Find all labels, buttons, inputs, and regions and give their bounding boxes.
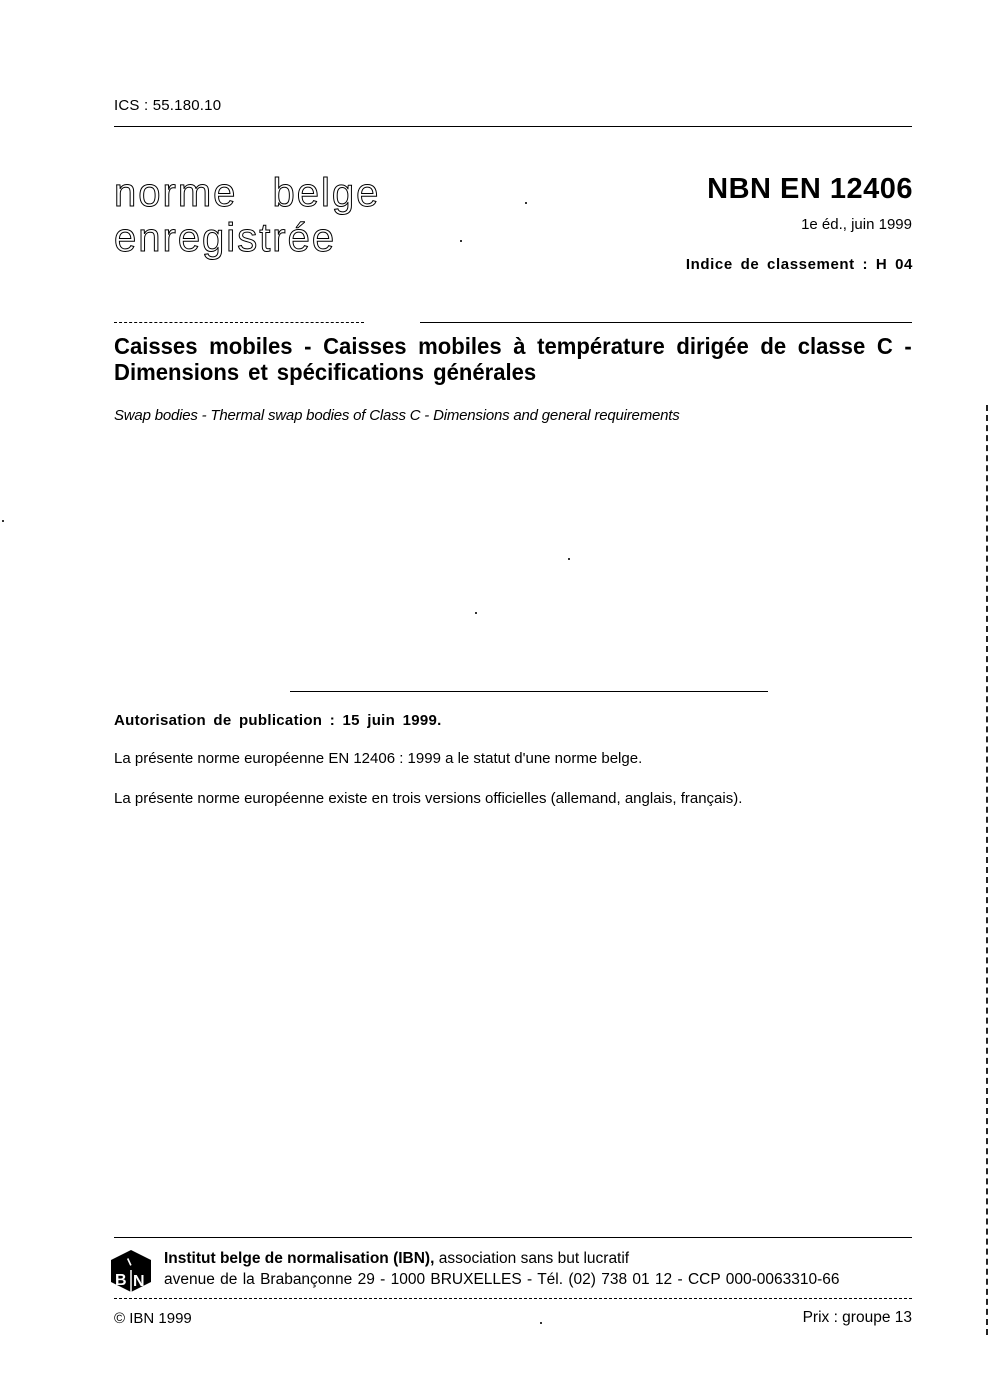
scan-speck bbox=[525, 202, 527, 204]
scan-speck bbox=[475, 612, 477, 614]
institute-name: Institut belge de normalisation (IBN), bbox=[164, 1250, 434, 1267]
institute-address: avenue de la Brabançonne 29 - 1000 BRUXE… bbox=[164, 1271, 839, 1289]
document-title-en: Swap bodies - Thermal swap bodies of Cla… bbox=[114, 407, 680, 424]
price-group: Prix : groupe 13 bbox=[803, 1309, 912, 1327]
edition-date: 1e éd., juin 1999 bbox=[801, 216, 912, 233]
header-divider bbox=[114, 126, 912, 127]
svg-text:N: N bbox=[133, 1273, 145, 1290]
scan-speck bbox=[568, 558, 570, 560]
ibn-logo-icon: B I N bbox=[108, 1248, 154, 1294]
standard-number: NBN EN 12406 bbox=[707, 173, 913, 206]
body-divider bbox=[290, 691, 768, 692]
ics-code: ICS : 55.180.10 bbox=[114, 97, 221, 114]
publication-authorization: Autorisation de publication : 15 juin 19… bbox=[114, 712, 442, 729]
scan-speck bbox=[2, 520, 4, 522]
brand-title-line1: norme belge bbox=[114, 172, 380, 214]
scan-speck bbox=[460, 240, 462, 242]
title-divider-left bbox=[114, 322, 364, 323]
copyright: © IBN 1999 bbox=[114, 1310, 192, 1327]
versions-paragraph: La présente norme européenne existe en t… bbox=[114, 790, 742, 807]
classification-index: Indice de classement : H 04 bbox=[686, 256, 913, 273]
scan-speck bbox=[540, 1322, 542, 1324]
institute-description: association sans but lucratif bbox=[434, 1250, 629, 1267]
brand-title-line2: enregistrée bbox=[114, 217, 336, 259]
scan-edge-line bbox=[986, 405, 988, 1335]
footer-divider-bottom bbox=[114, 1298, 912, 1299]
document-title-fr: Caisses mobiles - Caisses mobiles à temp… bbox=[114, 333, 912, 385]
title-divider-right bbox=[420, 322, 912, 323]
footer-divider-top bbox=[114, 1237, 912, 1238]
institute-line: Institut belge de normalisation (IBN), a… bbox=[164, 1250, 629, 1268]
svg-text:B: B bbox=[115, 1272, 127, 1289]
status-paragraph: La présente norme européenne EN 12406 : … bbox=[114, 750, 642, 767]
